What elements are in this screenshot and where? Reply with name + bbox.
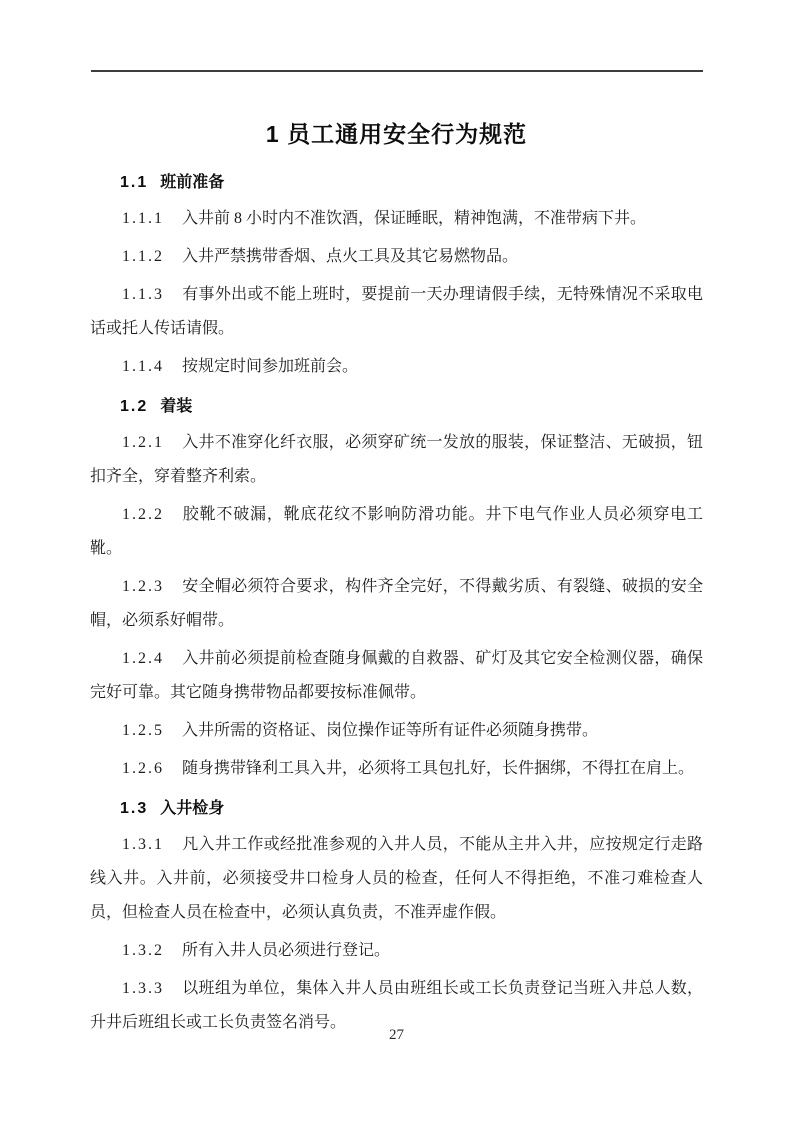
section-title: 入井检身: [160, 800, 224, 817]
section-number: 1.1: [120, 174, 148, 191]
document-page: 1 员工通用安全行为规范 1.1班前准备 1.1.1入井前 8 小时内不准饮酒，…: [0, 0, 793, 1122]
section-heading-1-3: 1.3入井检身: [90, 792, 703, 826]
section-heading-1-1: 1.1班前准备: [90, 166, 703, 200]
clause-text: 入井不准穿化纤衣服，必须穿矿统一发放的服装，保证整洁、无破损，钮扣齐全，穿着整齐…: [90, 434, 703, 485]
clause-number: 1.2.5: [122, 722, 164, 739]
clause-text: 以班组为单位，集体入井人员由班组长或工长负责登记当班入井总人数，升井后班组长或工…: [90, 980, 703, 1031]
page-number: 27: [0, 1026, 793, 1044]
clause-text: 胶靴不破漏，靴底花纹不影响防滑功能。井下电气作业人员必须穿电工靴。: [90, 506, 703, 557]
section-title: 班前准备: [160, 174, 224, 191]
clause-text: 入井所需的资格证、岗位操作证等所有证件必须随身携带。: [182, 722, 598, 739]
clause-1-1-1: 1.1.1入井前 8 小时内不准饮酒，保证睡眠，精神饱满，不准带病下井。: [90, 202, 703, 236]
clause-1-2-3: 1.2.3安全帽必须符合要求，构件齐全完好，不得戴劣质、有裂缝、破损的安全帽，必…: [90, 570, 703, 638]
clause-1-2-2: 1.2.2胶靴不破漏，靴底花纹不影响防滑功能。井下电气作业人员必须穿电工靴。: [90, 498, 703, 566]
clause-text: 有事外出或不能上班时，要提前一天办理请假手续，无特殊情况不采取电话或托人传话请假…: [90, 286, 703, 337]
clause-number: 1.1.4: [122, 358, 164, 375]
clause-text: 所有入井人员必须进行登记。: [182, 942, 390, 959]
clause-text: 凡入井工作或经批准参观的入井人员，不能从主井入井，应按规定行走路线入井。入井前，…: [90, 836, 703, 921]
section-number: 1.2: [120, 398, 148, 415]
clause-text: 按规定时间参加班前会。: [182, 358, 358, 375]
clause-1-3-1: 1.3.1凡入井工作或经批准参观的入井人员，不能从主井入井，应按规定行走路线入井…: [90, 828, 703, 930]
section-heading-1-2: 1.2着装: [90, 390, 703, 424]
clause-1-1-3: 1.1.3有事外出或不能上班时，要提前一天办理请假手续，无特殊情况不采取电话或托…: [90, 278, 703, 346]
clause-number: 1.3.3: [122, 980, 164, 997]
clause-1-2-4: 1.2.4入井前必须提前检查随身佩戴的自救器、矿灯及其它安全检测仪器，确保完好可…: [90, 642, 703, 710]
document-title: 1 员工通用安全行为规范: [90, 121, 703, 147]
clause-number: 1.1.2: [122, 248, 164, 265]
clause-text: 随身携带锋利工具入井，必须将工具包扎好，长件捆绑，不得扛在肩上。: [182, 760, 694, 777]
clause-1-2-5: 1.2.5入井所需的资格证、岗位操作证等所有证件必须随身携带。: [90, 714, 703, 748]
section-number: 1.3: [120, 800, 148, 817]
clause-1-3-2: 1.3.2所有入井人员必须进行登记。: [90, 934, 703, 968]
clause-1-1-2: 1.1.2入井严禁携带香烟、点火工具及其它易燃物品。: [90, 240, 703, 274]
clause-number: 1.1.1: [122, 210, 164, 227]
clause-1-2-6: 1.2.6随身携带锋利工具入井，必须将工具包扎好，长件捆绑，不得扛在肩上。: [90, 752, 703, 786]
clause-number: 1.1.3: [122, 286, 164, 303]
clause-number: 1.2.4: [122, 650, 164, 667]
clause-number: 1.2.3: [122, 578, 164, 595]
clause-1-1-4: 1.1.4按规定时间参加班前会。: [90, 350, 703, 384]
clause-text: 入井前必须提前检查随身佩戴的自救器、矿灯及其它安全检测仪器，确保完好可靠。其它随…: [90, 650, 703, 701]
clause-text: 安全帽必须符合要求，构件齐全完好，不得戴劣质、有裂缝、破损的安全帽，必须系好帽带…: [90, 578, 703, 629]
clause-number: 1.2.1: [122, 434, 164, 451]
clause-text: 入井前 8 小时内不准饮酒，保证睡眠，精神饱满，不准带病下井。: [182, 210, 646, 227]
clause-number: 1.2.2: [122, 506, 164, 523]
clause-number: 1.3.2: [122, 942, 164, 959]
document-body: 1 员工通用安全行为规范 1.1班前准备 1.1.1入井前 8 小时内不准饮酒，…: [90, 0, 703, 1044]
clause-number: 1.3.1: [122, 836, 164, 853]
clause-number: 1.2.6: [122, 760, 164, 777]
clause-1-2-1: 1.2.1入井不准穿化纤衣服，必须穿矿统一发放的服装，保证整洁、无破损，钮扣齐全…: [90, 426, 703, 494]
section-title: 着装: [160, 398, 192, 415]
clause-text: 入井严禁携带香烟、点火工具及其它易燃物品。: [182, 248, 518, 265]
